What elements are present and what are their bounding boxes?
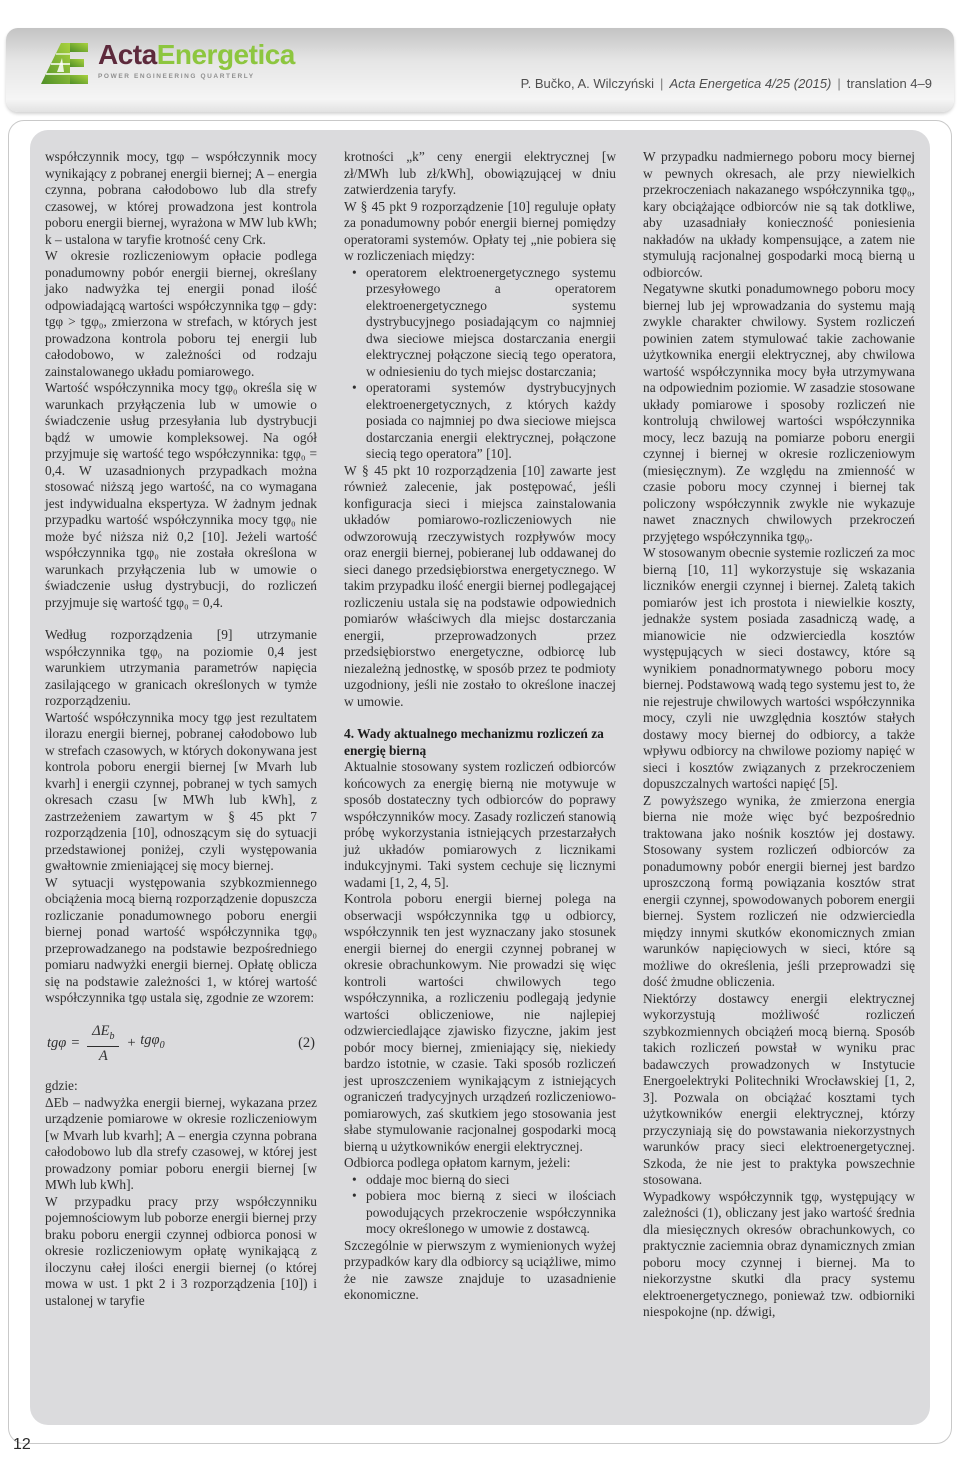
paragraph: W § 45 pkt 9 rozporządzenie [10] reguluj… [344,199,616,265]
logo-text: ActaEnergetica POWER ENGINEERING QUARTER… [98,40,295,80]
formula-denominator: A [99,1047,108,1065]
paragraph: Kontrola poboru energii biernej polega n… [344,891,616,1155]
paragraph: W okresie rozliczeniowym opłacie podlega… [45,248,317,380]
paragraph-spacer [45,611,317,627]
logo-wordmark: ActaEnergetica [98,40,295,70]
acta-energetica-logo: ActaEnergetica POWER ENGINEERING QUARTER… [40,40,295,91]
acta-energetica-logo-mark-icon [40,40,90,91]
formula-lhs: tgφ [47,1035,66,1052]
citation-separator: | [660,76,663,91]
citation-journal: Acta Energetica 4/25 (2015) [669,76,831,91]
bullet-item: •operatorami systemów dystrybucyjnych el… [344,380,616,463]
paragraph: W sytuacji występowania szybkozmiennego … [45,875,317,1007]
logo-word-energetica: Energetica [157,39,295,70]
paragraph: W przypadku pracy przy współczynniku poj… [45,1194,317,1310]
formula-numerator: ΔEb [87,1023,119,1047]
bullet-marker-icon: • [352,380,357,397]
paragraph-spacer [344,710,616,726]
paragraph: współczynnik mocy, tgφ – współczynnik mo… [45,149,317,248]
column-1: współczynnik mocy, tgφ – współczynnik mo… [45,149,317,1321]
paragraph: Wartość współczynnika mocy tgφ jest rezu… [45,710,317,875]
bullet-item: •oddaje moc bierną do sieci [344,1172,616,1189]
formula-rhs: tgφ0 [140,1032,164,1054]
paragraph: W stosowanym obecnie systemie rozliczeń … [643,545,915,793]
paragraph: Aktualnie stosowany system rozliczeń odb… [344,759,616,891]
bullet-text: oddaje moc bierną do sieci [366,1172,510,1187]
bullet-text: operatorem elektroenergetycznego systemu… [366,265,616,379]
paragraph: Odbiorca podlega opłatom karnym, jeżeli: [344,1155,616,1172]
column-1-bottom: gdzie:ΔEb – nadwyżka energii biernej, wy… [45,1078,317,1309]
column-2: krotności „k” ceny energii elektrycznej … [344,149,616,1321]
text-columns: współczynnik mocy, tgφ – współczynnik mo… [45,149,917,1321]
paragraph: gdzie: [45,1078,317,1095]
formula-number: (2) [298,1035,315,1052]
logo-tagline: POWER ENGINEERING QUARTERLY [98,73,295,80]
bullet-text: pobiera moc bierną z sieci w ilościach p… [366,1188,616,1236]
paragraph: W przypadku nadmiernego poboru mocy bier… [643,149,915,281]
page-number: 12 [13,1436,31,1454]
bullet-marker-icon: • [352,1172,357,1189]
citation-line: P. Bučko, A. Wilczyński|Acta Energetica … [521,76,932,91]
formula-numerator-subscript: b [109,1030,114,1041]
column-1-top: współczynnik mocy, tgφ – współczynnik mo… [45,149,317,1007]
bullet-marker-icon: • [352,1188,357,1205]
formula-rhs-subscript: 0 [160,1040,165,1051]
paragraph: Z powyższego wynika, że zmierzona energi… [643,793,915,991]
bullet-item: •operatorem elektroenergetycznego system… [344,265,616,381]
bullet-item: •pobiera moc bierną z sieci w ilościach … [344,1188,616,1238]
bullet-marker-icon: • [352,265,357,282]
paragraph: Wartość współczynnika mocy tgφ₀ określa … [45,380,317,611]
citation-authors: P. Bučko, A. Wilczyński [521,76,654,91]
header-bar: ActaEnergetica POWER ENGINEERING QUARTER… [6,28,954,112]
citation-separator: | [837,76,840,91]
paragraph: Negatywne skutki ponadumownego poboru mo… [643,281,915,545]
journal-page: { "bullet_char": "•", "header": { "logo"… [0,0,960,1466]
column-3: W przypadku nadmiernego poboru mocy bier… [643,149,915,1321]
paragraph: Szczególnie w pierwszym z wymienionych w… [344,1238,616,1304]
paragraph: krotności „k” ceny energii elektrycznej … [344,149,616,199]
paragraph: Wypadkowy współczynnik tgφ, występujący … [643,1189,915,1321]
formula-fraction: ΔEb A [87,1023,119,1065]
bullet-text: operatorami systemów dystrybucyjnych ele… [366,380,616,461]
paragraph: Według rozporządzenia [9] utrzymanie wsp… [45,627,317,710]
paragraph: Niektórzy dostawcy energii elektrycznej … [643,991,915,1189]
logo-word-acta: Acta [98,39,157,70]
formula-equals: = [70,1035,80,1052]
formula-2: tgφ = ΔEb A + tgφ0 (2) [45,1023,317,1065]
paragraph: W § 45 pkt 10 rozporządzenia [10] zawart… [344,463,616,711]
formula-plus: + [126,1035,136,1052]
paragraph: ΔEb – nadwyżka energii biernej, wykazana… [45,1095,317,1194]
section-heading: 4. Wady aktualnego mechanizmu rozliczeń … [344,726,616,759]
citation-translation: translation 4–9 [847,76,932,91]
